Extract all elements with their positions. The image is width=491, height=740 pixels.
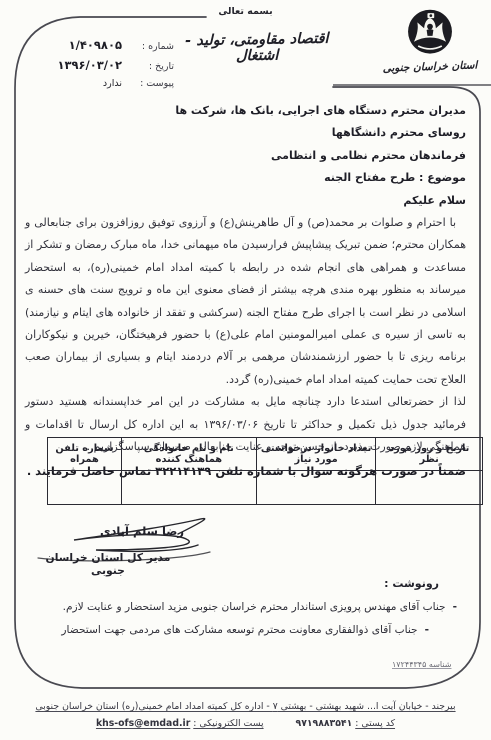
body-paragraph-1: با احترام و صلوات بر محمد(ص) و آل طاهرین…: [25, 212, 466, 391]
meta-attachment-row: پیوست : ندارد: [16, 78, 174, 89]
table-cell-coordinator: [121, 471, 256, 505]
request-table: تاریخ و روز مورد نظر تعداد خانوار درخواس…: [47, 437, 483, 505]
footer-postal-value: ۹۷۱۹۸۸۳۵۴۱: [296, 718, 353, 729]
footer-email-label: پست الکترونیکی :: [193, 718, 263, 729]
recipient-line-2: روسای محترم دانشگاهها: [25, 122, 466, 144]
footer-contact-line: کد پستی : ۹۷۱۹۸۸۳۵۴۱ پست الکترونیکی : kh…: [0, 715, 491, 732]
meta-date-row: تاریخ : ۱۳۹۶/۰۳/۰۲: [16, 58, 174, 72]
table-header-date: تاریخ و روز مورد نظر: [376, 438, 483, 471]
table-header-mobile: شماره تلفن همراه: [48, 438, 122, 471]
meta-number-label: شماره :: [122, 41, 174, 52]
table-header-households: تعداد خانوار درخواستی مورد نیاز: [256, 438, 376, 471]
meta-date-value: ۱۳۹۶/۰۳/۰۲: [57, 58, 122, 72]
cc-bullet-1: -: [453, 601, 457, 613]
footer-postal-label: کد پستی :: [355, 718, 395, 729]
recipient-line-3: فرماندهان محترم نظامی و انتظامی: [25, 145, 466, 167]
table-header-row: تاریخ و روز مورد نظر تعداد خانوار درخواس…: [48, 438, 483, 471]
table-header-coordinator: نام و نام خانوادگی هماهنگ کننده: [121, 438, 256, 471]
signature-scribble-icon: [30, 512, 220, 572]
footer: بیرجند - خیابان آیت ا... شهید بهشتی - به…: [0, 698, 491, 732]
meta-attachment-label: پیوست :: [122, 78, 174, 89]
cc-bullet-2: -: [425, 624, 429, 636]
letter-body: مدیران محترم دستگاه های اجرایی، بانک ها،…: [25, 100, 466, 482]
cc-item-1-text: جناب آقای مهندس پرویزی استاندار محترم خر…: [63, 601, 446, 613]
doc-id-stamp: شناسه ۱۷۲۴۴۳۴۵: [392, 660, 468, 669]
meta-date-label: تاریخ :: [122, 61, 174, 72]
table-row: [48, 471, 483, 505]
cc-item-2: -جناب آقای ذوالفقاری معاونت محترم توسعه …: [61, 624, 429, 636]
footer-address: بیرجند - خیابان آیت ا... شهید بهشتی - به…: [0, 698, 491, 715]
meta-number-value: ۱/۴۰۹۸۰۵: [69, 38, 122, 52]
slogan-calligraphy: اقتصاد مقاومتی، تولید - اشتغال: [162, 30, 353, 65]
letter-meta-box: شماره : ۱/۴۰۹۸۰۵ تاریخ : ۱۳۹۶/۰۳/۰۲ پیوس…: [16, 38, 174, 95]
recipient-line-1: مدیران محترم دستگاه های اجرایی، بانک ها،…: [25, 100, 466, 122]
table-cell-date: [376, 471, 483, 505]
salutation: سلام علیکم: [25, 190, 466, 212]
letter-page: بسمه تعالی استان خراسان جنوبی اقتصاد مقا…: [0, 0, 491, 740]
org-region-caption: استان خراسان جنوبی: [380, 59, 480, 74]
meta-attachment-value: ندارد: [103, 78, 122, 89]
table-cell-households: [256, 471, 376, 505]
cc-item-2-text: جناب آقای ذوالفقاری معاونت محترم توسعه م…: [61, 624, 417, 636]
table-cell-mobile: [48, 471, 122, 505]
meta-number-row: شماره : ۱/۴۰۹۸۰۵: [16, 38, 174, 52]
cc-label: رونوشت :: [384, 577, 439, 590]
subject-line: موضوع : طرح مفتاح الجنه: [25, 167, 466, 189]
emdad-logo-icon: [399, 8, 461, 62]
cc-item-1: -جناب آقای مهندس پرویزی استاندار محترم خ…: [63, 601, 457, 613]
footer-email-link[interactable]: khs-ofs@emdad.ir: [96, 718, 190, 729]
